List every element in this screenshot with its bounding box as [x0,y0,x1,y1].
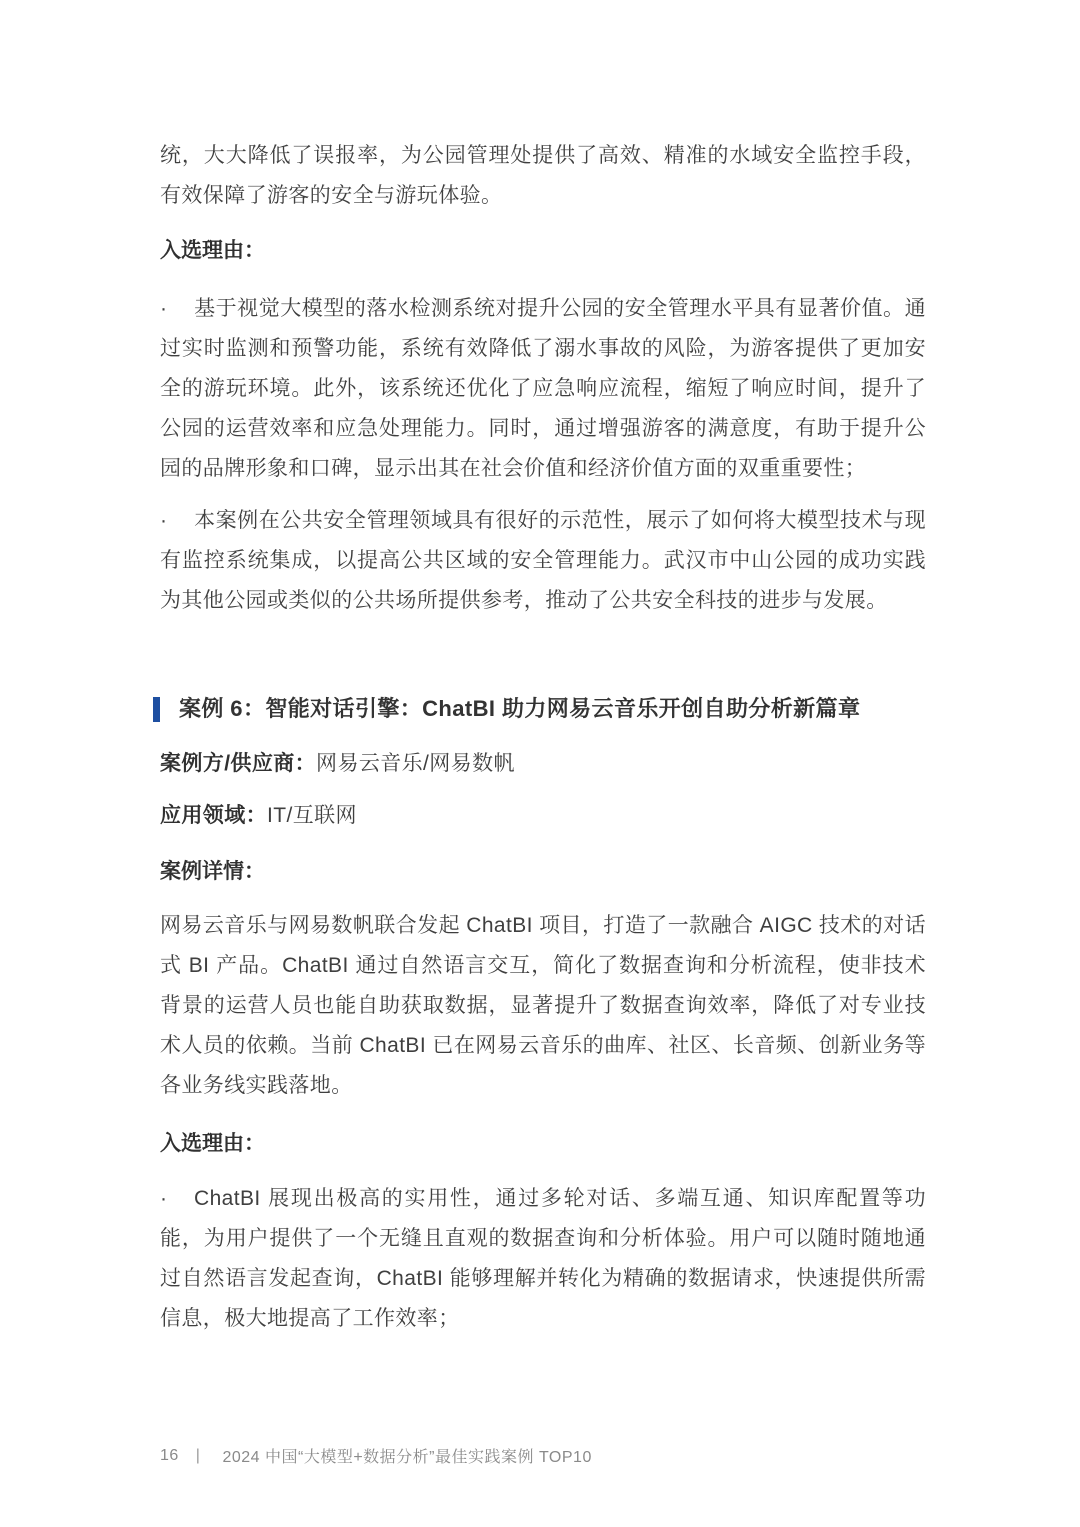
provider-line: 案例方/供应商：网易云音乐/网易数帆 [160,744,926,784]
intro-paragraph: 统，大大降低了误报率，为公园管理处提供了高效、精准的水域安全监控手段，有效保障了… [160,136,926,216]
case5-reasons-heading: 入选理由： [160,231,926,271]
bullet-text: 本案例在公共安全管理领域具有很好的示范性，展示了如何将大模型技术与现有监控系统集… [160,509,926,612]
heading-accent-bar [153,697,160,722]
case6-reasons-heading: 入选理由： [160,1124,926,1164]
domain-value: IT/互联网 [267,804,357,827]
document-page: 统，大大降低了误报率，为公园管理处提供了高效、精准的水域安全监控手段，有效保障了… [0,0,1080,1527]
bullet-item: ·ChatBI 展现出极高的实用性，通过多轮对话、多端互通、知识库配置等功能，为… [160,1179,926,1339]
page-footer: 16 | 2024 中国“大模型+数据分析”最佳实践案例 TOP10 [160,1444,592,1467]
domain-label: 应用领域： [160,804,267,827]
bullet-item: ·本案例在公共安全管理领域具有很好的示范性，展示了如何将大模型技术与现有监控系统… [160,501,926,621]
provider-label: 案例方/供应商： [160,752,316,775]
bullet-dot: · [160,501,194,541]
footer-report-title: 2024 中国“大模型+数据分析”最佳实践案例 TOP10 [222,1444,591,1467]
case6-details-heading: 案例详情： [160,852,926,892]
bullet-dot: · [160,289,194,329]
bullet-text: ChatBI 展现出极高的实用性，通过多轮对话、多端互通、知识库配置等功能，为用… [160,1187,926,1330]
provider-value: 网易云音乐/网易数帆 [316,752,515,775]
case6-heading: 案例 6：智能对话引擎：ChatBI 助力网易云音乐开创自助分析新篇章 [153,689,926,729]
application-domain-line: 应用领域：IT/互联网 [160,796,926,836]
page-number: 16 [160,1447,179,1465]
bullet-dot: · [160,1179,194,1219]
case6-details-paragraph: 网易云音乐与网易数帆联合发起 ChatBI 项目，打造了一款融合 AIGC 技术… [160,906,926,1106]
bullet-item: ·基于视觉大模型的落水检测系统对提升公园的安全管理水平具有显著价值。通过实时监测… [160,289,926,489]
bullet-text: 基于视觉大模型的落水检测系统对提升公园的安全管理水平具有显著价值。通过实时监测和… [160,297,926,480]
footer-separator: | [196,1447,201,1465]
case6-heading-title: 案例 6：智能对话引擎：ChatBI 助力网易云音乐开创自助分析新篇章 [179,689,860,729]
page-content: 统，大大降低了误报率，为公园管理处提供了高效、精准的水域安全监控手段，有效保障了… [160,0,926,1339]
